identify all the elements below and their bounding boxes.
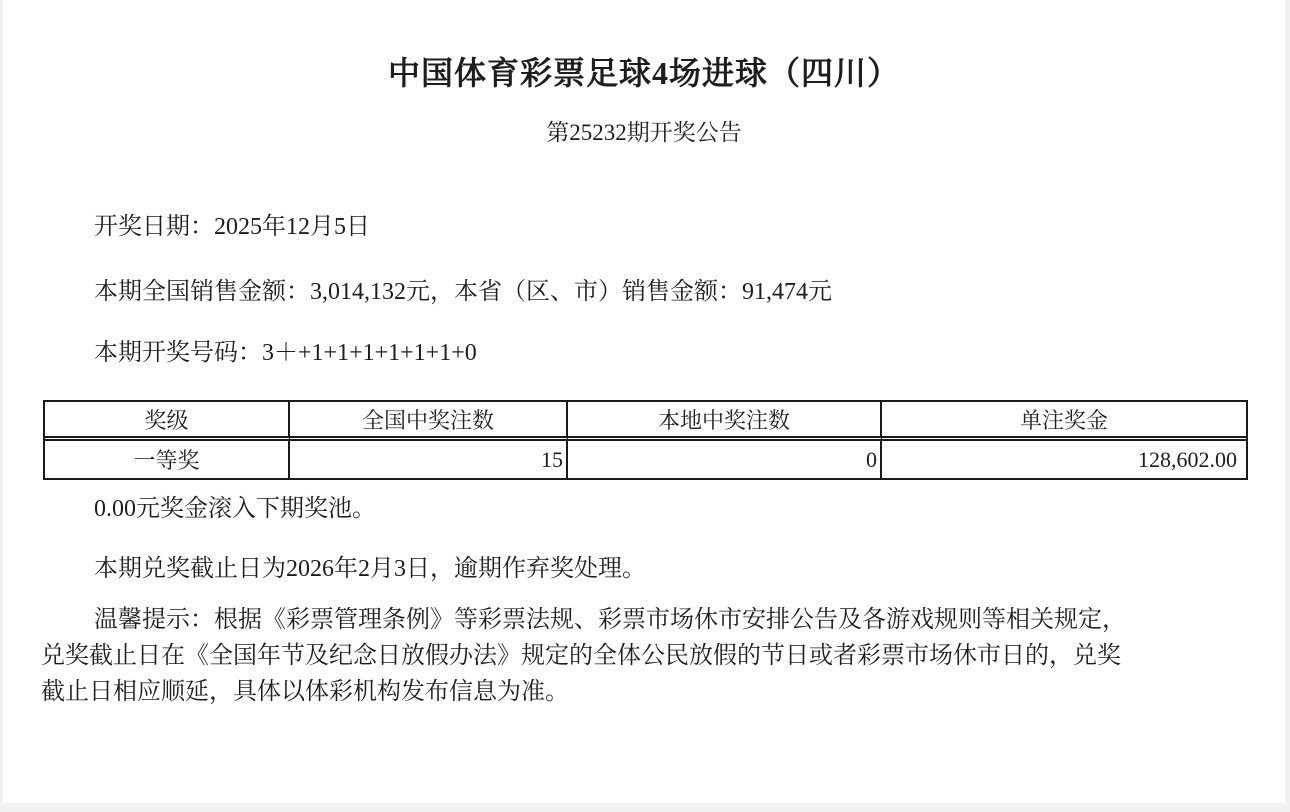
screenshot-canvas: { "document": { "title": "中国体育彩票足球4场进球（四… <box>0 0 1290 812</box>
prize-table-header: 奖级 全国中奖注数 本地中奖注数 单注奖金 <box>45 402 1246 441</box>
cell-prize-amount: 128,602.00 <box>882 441 1246 478</box>
header-national-count: 全国中奖注数 <box>290 402 568 441</box>
provincial-sales-value: 91,474元 <box>742 279 832 305</box>
winning-numbers-line: 本期开奖号码：3＋+1+1+1+1+1+1+0 <box>94 339 477 367</box>
header-prize-level: 奖级 <box>45 402 290 441</box>
prize-table: 奖级 全国中奖注数 本地中奖注数 单注奖金 一等奖 15 0 128,602.0… <box>43 400 1248 480</box>
rollover-line: 0.00元奖金滚入下期奖池。 <box>94 495 376 523</box>
provincial-sales-label: 本省（区、市）销售金额： <box>454 279 742 305</box>
winning-numbers-value: 3＋+1+1+1+1+1+1+0 <box>262 340 477 366</box>
draw-date-label: 开奖日期： <box>94 214 214 240</box>
notice-line-2: 兑奖截止日在《全国年节及纪念日放假办法》规定的全体公民放假的节日或者彩票市场休市… <box>41 642 1121 670</box>
draw-date-value: 2025年12月5日 <box>214 214 370 240</box>
draw-date-line: 开奖日期：2025年12月5日 <box>94 213 370 241</box>
deadline-line: 本期兑奖截止日为2026年2月3日，逾期作弃奖处理。 <box>94 555 646 583</box>
prize-table-body: 一等奖 15 0 128,602.00 <box>45 441 1246 478</box>
page-subtitle: 第25232期开奖公告 <box>3 114 1285 147</box>
sales-separator: ， <box>430 279 454 305</box>
table-row: 一等奖 15 0 128,602.00 <box>45 441 1246 478</box>
announcement-page: 中国体育彩票足球4场进球（四川） 第25232期开奖公告 开奖日期：2025年1… <box>3 0 1285 803</box>
cell-local-count: 0 <box>568 441 882 478</box>
page-title: 中国体育彩票足球4场进球（四川） <box>3 48 1285 94</box>
sales-line: 本期全国销售金额：3,014,132元，本省（区、市）销售金额：91,474元 <box>94 278 832 306</box>
notice-line-1: 温馨提示：根据《彩票管理条例》等彩票法规、彩票市场休市安排公告及各游戏规则等相关… <box>94 606 1126 634</box>
table-header-row: 奖级 全国中奖注数 本地中奖注数 单注奖金 <box>45 402 1246 441</box>
header-prize-amount: 单注奖金 <box>882 402 1246 441</box>
national-sales-label: 本期全国销售金额： <box>94 279 310 305</box>
winning-numbers-label: 本期开奖号码： <box>94 340 262 366</box>
header-local-count: 本地中奖注数 <box>568 402 882 441</box>
cell-national-count: 15 <box>290 441 568 478</box>
national-sales-value: 3,014,132元 <box>310 279 430 305</box>
cell-prize-level: 一等奖 <box>45 441 290 478</box>
notice-line-3: 截止日相应顺延，具体以体彩机构发布信息为准。 <box>41 678 569 706</box>
